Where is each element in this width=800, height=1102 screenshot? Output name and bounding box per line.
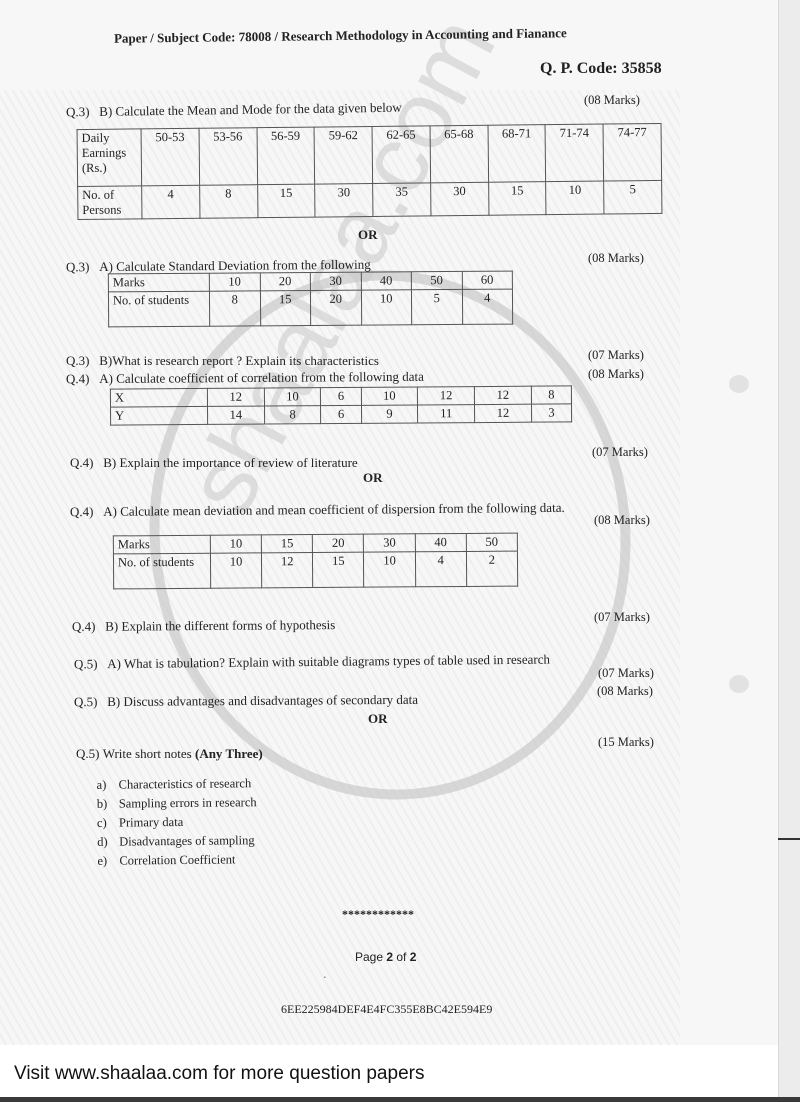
short-notes-list: a)Characteristics of researchb)Sampling … xyxy=(97,774,258,871)
marks-q4b-alt: (07 Marks) xyxy=(594,610,650,625)
list-item: c)Primary data xyxy=(97,812,257,833)
table-row: No. of students1012151042 xyxy=(113,551,517,589)
document-hash: 6EE225984DEF4E4FC355E8BC42E594E9 xyxy=(281,1002,492,1017)
end-stars: ************ xyxy=(342,907,414,922)
table-header-cell: 50 xyxy=(411,271,462,289)
qp-code: Q. P. Code: 35858 xyxy=(540,60,662,78)
table-cell: 4 xyxy=(142,185,200,219)
table-cell: 14 xyxy=(208,406,265,424)
question-q3b: Q.3) B) Calculate the Mean and Mode for … xyxy=(66,100,402,121)
table-cell: 6 xyxy=(321,405,361,423)
question-q4a-alt: Q.4) A) Calculate mean deviation and mea… xyxy=(70,500,565,520)
table-row: No. of Persons481530353015105 xyxy=(78,180,662,219)
table-header-cell: 50 xyxy=(466,533,517,551)
marks-q4a-alt: (08 Marks) xyxy=(594,513,650,528)
table-cell: 10 xyxy=(546,181,604,215)
marks-q5a: (07 Marks) xyxy=(598,666,654,681)
table-header-cell: 20 xyxy=(313,534,364,552)
marks-q3b-report: (07 Marks) xyxy=(588,348,644,363)
or-divider: OR xyxy=(363,470,383,486)
correlation-table: X121061012128 Y1486911123 xyxy=(110,385,572,425)
table-cell: 2 xyxy=(466,551,517,586)
table-cell: 5 xyxy=(411,289,462,324)
table-cell: 12 xyxy=(475,404,532,422)
marks-q3b: (08 Marks) xyxy=(584,93,640,108)
list-item: d)Disadvantages of sampling xyxy=(97,831,257,852)
table-header-cell: 71-74 xyxy=(545,124,603,182)
table-header-cell: 12 xyxy=(207,388,264,406)
question-q5a: Q.5) A) What is tabulation? Explain with… xyxy=(74,652,550,673)
table-cell: 10 xyxy=(361,290,412,325)
table-header-cell: 30 xyxy=(364,534,415,552)
table-header-cell: 40 xyxy=(361,272,412,290)
table-cell: 8 xyxy=(199,185,257,219)
table-cell: 11 xyxy=(418,405,475,423)
sd-table: Marks102030405060 No. of students8152010… xyxy=(108,271,513,328)
page-edge xyxy=(778,0,800,1102)
marks-q4a: (08 Marks) xyxy=(588,367,644,382)
list-item: a)Characteristics of research xyxy=(97,774,257,795)
marks-q4b: (07 Marks) xyxy=(592,445,648,460)
table-header-cell: 62-65 xyxy=(372,126,430,184)
question-q3b-report: Q.3) B)What is research report ? Explain… xyxy=(66,353,379,369)
question-q5-short-notes: Q.5) Write short notes (Any Three) xyxy=(76,746,263,762)
table-cell: 4 xyxy=(415,551,466,586)
table-cell: 12 xyxy=(262,553,313,588)
marks-q3a: (08 Marks) xyxy=(588,251,644,266)
page-number: Page 2 of 2 xyxy=(355,950,416,964)
table-cell: 15 xyxy=(257,184,315,218)
table-header-cell: 53-56 xyxy=(199,128,257,186)
table-header-cell: 10 xyxy=(209,273,260,291)
table-cell: 35 xyxy=(373,183,431,217)
mean-deviation-table: Marks101520304050 No. of students1012151… xyxy=(113,533,518,590)
table-header-cell: 65-68 xyxy=(430,125,488,183)
table-cell: 15 xyxy=(313,552,364,587)
question-q4b: Q.4) B) Explain the importance of review… xyxy=(70,455,358,471)
table-header-cell: 10 xyxy=(210,535,261,553)
punch-hole-icon xyxy=(729,375,749,393)
marks-q5b: (08 Marks) xyxy=(597,684,653,699)
table-header-cell: 8 xyxy=(531,386,571,404)
stray-dot: • xyxy=(324,976,326,981)
punch-hole-icon xyxy=(729,675,749,693)
table-cell: 30 xyxy=(315,183,373,217)
table-cell: 10 xyxy=(210,553,261,588)
question-q4b-alt: Q.4) B) Explain the different forms of h… xyxy=(72,617,335,635)
marks-q5-short-notes: (15 Marks) xyxy=(598,735,654,750)
table-header-cell: 12 xyxy=(474,386,531,404)
table-header-cell: 20 xyxy=(260,273,311,291)
table-header-cell: 15 xyxy=(261,535,312,553)
table-header-cell: 6 xyxy=(321,387,361,405)
table-header-cell: 10 xyxy=(361,387,418,405)
promo-banner-text[interactable]: Visit www.shaalaa.com for more question … xyxy=(14,1063,424,1085)
question-q4a: Q.4) A) Calculate coefficient of correla… xyxy=(66,369,424,387)
list-item: e)Correlation Coefficient xyxy=(97,850,257,871)
subject-header: Paper / Subject Code: 78008 / Research M… xyxy=(114,25,567,47)
table-cell: 30 xyxy=(430,182,488,216)
table-cell: 15 xyxy=(488,182,546,216)
table-cell: 5 xyxy=(604,180,662,214)
or-divider: OR xyxy=(358,227,378,243)
table-row: Y1486911123 xyxy=(111,404,572,425)
earnings-table: Daily Earnings (Rs.)50-5353-5656-5959-62… xyxy=(77,123,663,220)
table-cell: 20 xyxy=(310,290,361,325)
table-header-cell: 74-77 xyxy=(603,123,661,181)
table-header-cell: 56-59 xyxy=(257,127,315,185)
table-header-cell: 30 xyxy=(310,272,361,290)
table-cell: 9 xyxy=(361,405,418,423)
table-cell: 4 xyxy=(462,289,513,324)
table-header-cell: 12 xyxy=(418,387,475,405)
bottom-border xyxy=(0,1097,800,1102)
table-header-cell: 60 xyxy=(462,271,513,289)
table-header-cell: 40 xyxy=(415,533,466,551)
or-divider: OR xyxy=(368,711,388,727)
table-row: No. of students815201054 xyxy=(108,289,512,327)
exam-page: shaalaa.com Paper / Subject Code: 78008 … xyxy=(0,0,778,1102)
table-cell: 15 xyxy=(260,291,311,326)
table-header-cell: 10 xyxy=(264,388,321,406)
table-cell: 8 xyxy=(209,291,260,326)
list-item: b)Sampling errors in research xyxy=(97,793,257,814)
table-cell: 10 xyxy=(364,552,415,587)
edge-mark xyxy=(778,838,800,840)
table-cell: 8 xyxy=(264,406,321,424)
table-header-cell: 68-71 xyxy=(488,125,546,183)
table-header-cell: 59-62 xyxy=(314,126,372,184)
table-header-cell: 50-53 xyxy=(141,128,199,186)
table-cell: 3 xyxy=(531,404,571,422)
table-row: Daily Earnings (Rs.)50-5353-5656-5959-62… xyxy=(77,123,662,186)
question-q5b: Q.5) B) Discuss advantages and disadvant… xyxy=(74,692,418,710)
